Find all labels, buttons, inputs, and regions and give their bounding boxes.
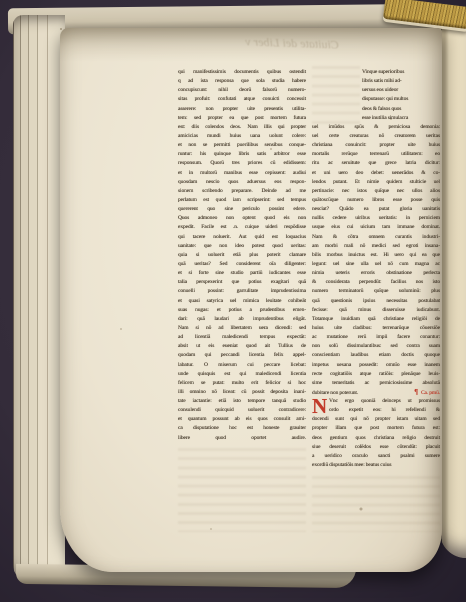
- text-line: numero terminatorū quīque uoluminū: plus: [312, 287, 440, 296]
- text-line: Totamque inuidiam quā christiane religiō…: [312, 315, 440, 324]
- photograph-of-open-book: Ciuitate dei Liber v qui manifestissimis…: [0, 0, 466, 602]
- page-edges-stack-left: [13, 15, 65, 581]
- text-line: christiana conuincit: propter uite huius: [312, 141, 440, 150]
- pilcrow-icon: ¶: [414, 388, 418, 397]
- text-line: responsum. Quorū tres priores cū edidiss…: [178, 159, 306, 168]
- text-line: concupiscunt: nihil deorū falsorū numero…: [178, 86, 306, 95]
- right-column-body: uel imūdos spūs & perniciosa demonia:uel…: [312, 123, 440, 388]
- text-line: nimia ueteris erroris obstinatione perle…: [312, 269, 440, 278]
- text-line: pertinacie: nec istos quīque nec ullos a…: [312, 187, 440, 196]
- text-line: quodam qui peccandi licentia felix appel…: [178, 351, 306, 360]
- text-line: quā questionis ipsius necessitas postula…: [312, 297, 440, 306]
- text-line: qui tacere noluerit. Aut quid est loquac…: [178, 233, 306, 242]
- text-line: non solū dissimulantibus: sed contra sua…: [312, 342, 440, 351]
- text-line: impetus uesana possedit: omnīo esse inan…: [312, 361, 440, 370]
- text-line: fecisse: quā minus disseruisse iudicabun…: [312, 306, 440, 315]
- text-line: quātoscūque numero libros esse posse qui…: [312, 196, 440, 205]
- text-line: docendi sunt qui nō propter istam uitam …: [312, 415, 440, 424]
- text-line: Nam & cōtra omnem curantis industri-: [312, 233, 440, 242]
- text-line: expedit. Facile est .n. cuique uideri re…: [178, 223, 306, 232]
- text-line: runtur: his quinque libris satis arbitro…: [178, 150, 306, 159]
- text-line: uanitate: que non ideo potest quod uerit…: [178, 242, 306, 251]
- text-line: quererent quo sine periculo possint eder…: [178, 205, 306, 214]
- paper-speckles: [60, 28, 62, 30]
- text-line: deos gentium quos christiana religio des…: [312, 434, 440, 443]
- book-page: Ciuitate dei Liber v qui manifestissimis…: [60, 28, 442, 572]
- text-line: disputasse: qui multos: [362, 95, 440, 104]
- showthrough-text-block: [312, 476, 440, 532]
- text-line: siue deseruit colēdos esse cōtendūt: pla…: [312, 443, 440, 452]
- text-line: ac mutatione rerū impii facere conantur:: [312, 333, 440, 342]
- chapter-one-opening: N Vnc ergo quoniā deinceps ut promissuso…: [312, 397, 440, 470]
- text-line: conuelli possint: garrulitate imprudenti…: [178, 287, 306, 296]
- text-line: legunt: uel sine ulla uel nō cum magna a…: [312, 260, 440, 269]
- text-line: mortalis rerūque terrenarū utilitatem: e…: [312, 150, 440, 159]
- text-line: uel imūdos spūs & perniciosa demonia:: [312, 123, 440, 132]
- text-line: consulendi quicquid uoluerit contradicer…: [178, 406, 306, 415]
- text-line: usque eius cui uicium tam immane dominat…: [312, 223, 440, 232]
- text-line: ad licentiā maledicendi tempus expectāt:: [178, 333, 306, 342]
- text-line: dari: quā laudari ab imprudentibus eligā…: [178, 315, 306, 324]
- facing-page-edge: [440, 26, 466, 558]
- text-line: et in multorū manibus esse cepissent: au…: [178, 169, 306, 178]
- text-line: felicem se putat: multo erit felicior si…: [178, 379, 306, 388]
- text-line: et si forte sine studio partiū iudicante…: [178, 269, 306, 278]
- chapter-opening-indented-lines: Vinque superioribuslibris satis mihi ad-…: [362, 68, 440, 123]
- lines-beside-initial: Vnc ergo quoniā deinceps ut promissusord…: [329, 397, 440, 415]
- text-line: qui manifestissimis documentis quibus os…: [178, 68, 306, 77]
- right-text-column: Vinque superioribuslibris satis mihi ad-…: [312, 68, 440, 470]
- text-line: amicicias mundi huius uana uolunt colere…: [178, 132, 306, 141]
- text-line: esse inutilia simulacra: [362, 114, 440, 123]
- text-line: quia si uoluerit etiā plus poterit clama…: [178, 251, 306, 260]
- text-line: unde quisquis est qui maledicendi licent…: [178, 370, 306, 379]
- left-text-column: qui manifestissimis documentis quibus os…: [178, 68, 306, 443]
- text-line: et quasi satyrica uel mimica leuitate co…: [178, 297, 306, 306]
- text-line: conscientiam laudibus etiam doctis quoqu…: [312, 351, 440, 360]
- text-line: perlatum est quod iam scripserint: sed t…: [178, 196, 306, 205]
- text-line: lendos putant. Et nimie quidem stulticie…: [312, 178, 440, 187]
- text-line: Vinque superioribus: [362, 68, 440, 77]
- text-line: nesciat? Quādo ea putat gloria uanitatis: [312, 205, 440, 214]
- lines-after-initial: docendi sunt qui nō propter istam uitam …: [312, 415, 440, 461]
- text-line: est: diis colendos deos. Nam illis qui p…: [178, 123, 306, 132]
- text-line: talia perspexerint que potius exagitari …: [178, 278, 306, 287]
- text-line: illi omnino nō liceat: cū possit deposit…: [178, 388, 306, 397]
- text-line: deos & falsos quos: [362, 105, 440, 114]
- text-line: sitas profuit: confutati atque conuicti …: [178, 95, 306, 104]
- text-line: labatur. O miserum cui peccare licebat:: [178, 361, 306, 370]
- text-line: suas nugas: et potius a prudentibus emen…: [178, 306, 306, 315]
- text-line: bilis morbus inuictus est. Hi uero qui e…: [312, 251, 440, 260]
- text-line: q ad ista responsa que sola studia haber…: [178, 77, 306, 86]
- text-line: Quos admoneo non optent quod eis non: [178, 214, 306, 223]
- text-line: et quantum possunt ab eis quos consulit …: [178, 415, 306, 424]
- text-line: quā ueritas? Sed considerent oīa diligen…: [178, 260, 306, 269]
- text-line: nullis cedere uiribus ueritatis: in pern…: [312, 214, 440, 223]
- text-line: et non se permitti puerilibus sensibus c…: [178, 141, 306, 150]
- text-line: a ueridico oraculo sancti psalmi sumere: [312, 452, 440, 461]
- text-line: propter illam que post mortem futura est…: [312, 424, 440, 433]
- text-line: libris satis mihi ad-: [362, 77, 440, 86]
- text-line: uersus eos uideor: [362, 86, 440, 95]
- text-line: Vnc ergo quoniā deinceps ut promissus: [329, 397, 440, 406]
- text-line: ritu ac seruitute que grece latria dicit…: [312, 159, 440, 168]
- text-line: ordo expetit eos: hi refellendi &: [329, 406, 440, 415]
- text-line: recte cogitatiōis atque ratiōis: plenāqu…: [312, 370, 440, 379]
- text-line: tem: sed propter ea que post mortem futu…: [178, 114, 306, 123]
- text-line: sime temeritatis ac perniciosissime abso…: [312, 379, 440, 388]
- text-line: Nam si nō ad libertatem uera dicendi: se…: [178, 324, 306, 333]
- text-line: ca disputatione hoc est honeste grauiter: [178, 424, 306, 433]
- text-line: libere quod oportet audire.: [178, 434, 306, 443]
- text-line: uel certe creaturas nō creatorem ueritas: [312, 132, 440, 141]
- text-line: huius uite cladibus: terrenarūque cōuers…: [312, 324, 440, 333]
- text-line: tate iactantie: etiā isto tempore tanquā…: [178, 397, 306, 406]
- chapter-rubric-line: dubitare non poterunt. ¶ Ca. pmū.: [312, 388, 440, 397]
- text-line: absit ut eis eueniat quod ait Tullius de: [178, 342, 306, 351]
- text-line: et uni uero deo debet: uenerādos & co-: [312, 169, 440, 178]
- text-line: quosdam nescio quos aduersus eos respon-: [178, 178, 306, 187]
- column-last-line: exordiū disputatiōis mee: beatus cuius: [312, 461, 440, 470]
- rubricated-initial-letter: N: [312, 397, 327, 415]
- text-line: asserere: non propter uite presentis uti…: [178, 105, 306, 114]
- text-line: am morbi mali nō medici sed egroti insan…: [312, 242, 440, 251]
- text-line: & considerata perpendūt: facilius nos is…: [312, 278, 440, 287]
- showthrough-text-block: [178, 448, 306, 532]
- text-line: sionem scribendo preparare. Deinde ad me: [178, 187, 306, 196]
